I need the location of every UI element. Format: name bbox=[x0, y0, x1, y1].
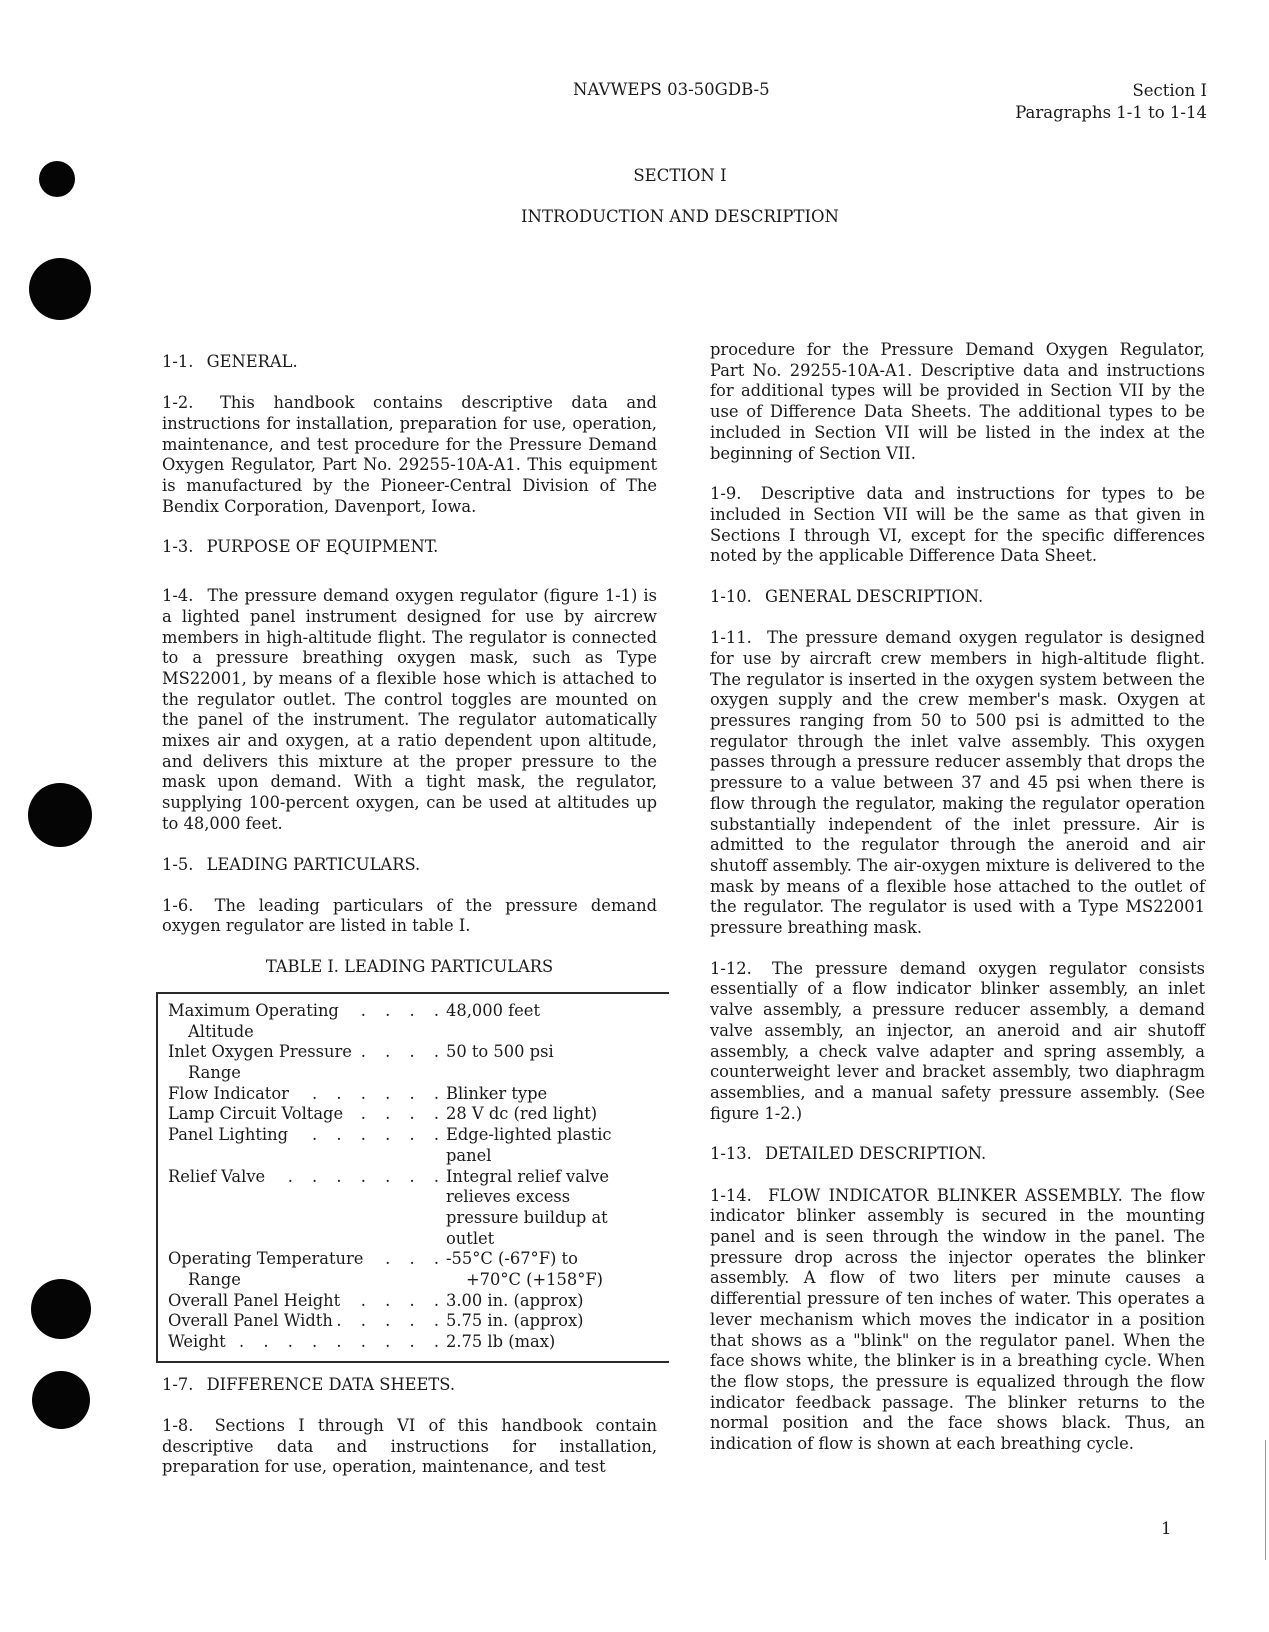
document-number: NAVWEPS 03-50GDB-5 bbox=[573, 80, 770, 99]
table-row-label: Overall Panel Width. . . . . . . . . . .… bbox=[168, 1311, 446, 1332]
table-row-value: Edge-lighted plastic bbox=[446, 1125, 669, 1146]
table-row-value: relieves excess bbox=[446, 1187, 669, 1208]
table-row-continuation: pressure buildup at bbox=[168, 1208, 669, 1229]
table-row-continuation: relieves excess bbox=[168, 1187, 669, 1208]
table-row-continuation: Altitude bbox=[168, 1022, 669, 1043]
binder-hole-icon bbox=[28, 783, 92, 847]
table-row: Overall Panel Height. . . . . . . . . . … bbox=[168, 1291, 669, 1312]
heading-1-7: 1-7. DIFFERENCE DATA SHEETS. bbox=[162, 1375, 657, 1396]
table-row-value bbox=[466, 1022, 669, 1043]
paragraph-1-12: 1-12. The pressure demand oxygen regulat… bbox=[710, 959, 1205, 1125]
section-subtitle: INTRODUCTION AND DESCRIPTION bbox=[0, 207, 1269, 226]
leading-particulars-table: Maximum Operating. . . . . . . . . . . .… bbox=[156, 992, 669, 1363]
table-title: TABLE I. LEADING PARTICULARS bbox=[162, 957, 657, 978]
binder-hole-icon bbox=[29, 258, 91, 320]
paragraph-1-9: 1-9. Descriptive data and instructions f… bbox=[710, 484, 1205, 567]
page-number: 1 bbox=[1161, 1519, 1172, 1538]
paragraph-1-2: 1-2. This handbook contains descriptive … bbox=[162, 393, 657, 517]
heading-1-10: 1-10. GENERAL DESCRIPTION. bbox=[710, 587, 1205, 608]
table-row-value: 48,000 feet bbox=[446, 1001, 669, 1022]
table-row-label: Inlet Oxygen Pressure. . . . . . . . . .… bbox=[168, 1042, 446, 1063]
heading-1-3: 1-3. PURPOSE OF EQUIPMENT. bbox=[162, 537, 657, 558]
table-row-label: Lamp Circuit Voltage. . . . . . . . . . … bbox=[168, 1104, 446, 1125]
table-row: Overall Panel Width. . . . . . . . . . .… bbox=[168, 1311, 669, 1332]
table-row-value: panel bbox=[446, 1146, 669, 1167]
table-row: Relief Valve. . . . . . . . . . . . . . … bbox=[168, 1167, 669, 1188]
paragraph-range: Paragraphs 1-1 to 1-14 bbox=[1015, 102, 1207, 124]
table-row-value bbox=[466, 1063, 669, 1084]
binder-hole-icon bbox=[31, 1279, 91, 1339]
table-row-continuation: panel bbox=[168, 1146, 669, 1167]
table-row-value: pressure buildup at bbox=[446, 1208, 669, 1229]
heading-1-13: 1-13. DETAILED DESCRIPTION. bbox=[710, 1144, 1205, 1165]
table-row-value: 3.00 in. (approx) bbox=[446, 1291, 669, 1312]
table-row-continuation: Range bbox=[168, 1063, 669, 1084]
table-row-label-continuation: Altitude bbox=[168, 1022, 466, 1043]
table-row-continuation: Range+70°C (+158°F) bbox=[168, 1270, 669, 1291]
binder-hole-icon bbox=[32, 1371, 90, 1429]
paragraph-1-8-continued: procedure for the Pressure Demand Oxygen… bbox=[710, 340, 1205, 464]
left-column: 1-1. GENERAL. 1-2. This handbook contain… bbox=[162, 352, 657, 1498]
table-row-label: Overall Panel Height. . . . . . . . . . … bbox=[168, 1291, 446, 1312]
table-row-label-continuation: Range bbox=[168, 1063, 466, 1084]
section-reference: Section I Paragraphs 1-1 to 1-14 bbox=[1015, 80, 1207, 124]
table-row-value: Blinker type bbox=[446, 1084, 669, 1105]
table-row-label: Weight. . . . . . . . . . . . . . . . . bbox=[168, 1332, 446, 1353]
table-row-value: 28 V dc (red light) bbox=[446, 1104, 669, 1125]
table-row-value: Integral relief valve bbox=[446, 1167, 669, 1188]
table-row: Flow Indicator. . . . . . . . . . . . . … bbox=[168, 1084, 669, 1105]
table-row: Inlet Oxygen Pressure. . . . . . . . . .… bbox=[168, 1042, 669, 1063]
paragraph-1-14: 1-14. FLOW INDICATOR BLINKER ASSEMBLY. T… bbox=[710, 1186, 1205, 1455]
paragraph-1-8: 1-8. Sections I through VI of this handb… bbox=[162, 1416, 657, 1478]
table-row-label: Flow Indicator. . . . . . . . . . . . . … bbox=[168, 1084, 446, 1105]
table-row: Lamp Circuit Voltage. . . . . . . . . . … bbox=[168, 1104, 669, 1125]
table-row: Operating Temperature. . . . . . . . . .… bbox=[168, 1249, 669, 1270]
table-row-label: Panel Lighting. . . . . . . . . . . . . … bbox=[168, 1125, 446, 1146]
paragraph-1-11: 1-11. The pressure demand oxygen regulat… bbox=[710, 628, 1205, 939]
table-row-value: -55°C (-67°F) to bbox=[446, 1249, 669, 1270]
table-row-label-continuation: Range bbox=[168, 1270, 466, 1291]
table-row-label: Operating Temperature. . . . . . . . . .… bbox=[168, 1249, 446, 1270]
table-row-value: 2.75 lb (max) bbox=[446, 1332, 669, 1353]
table-row: Weight. . . . . . . . . . . . . . . . .2… bbox=[168, 1332, 669, 1353]
table-row-value: 50 to 500 psi bbox=[446, 1042, 669, 1063]
table-row-value: 5.75 in. (approx) bbox=[446, 1311, 669, 1332]
table-row-continuation: outlet bbox=[168, 1229, 669, 1250]
page-edge-line bbox=[1265, 1440, 1266, 1560]
table-row-value: +70°C (+158°F) bbox=[466, 1270, 669, 1291]
paragraph-1-4: 1-4. The pressure demand oxygen regulato… bbox=[162, 586, 657, 834]
table-row-label: Maximum Operating. . . . . . . . . . . .… bbox=[168, 1001, 446, 1022]
section-ref-label: Section I bbox=[1015, 80, 1207, 102]
table-row-label: Relief Valve. . . . . . . . . . . . . . … bbox=[168, 1167, 446, 1188]
right-column: procedure for the Pressure Demand Oxygen… bbox=[710, 352, 1205, 1475]
paragraph-1-6: 1-6. The leading particulars of the pres… bbox=[162, 896, 657, 937]
table-row: Panel Lighting. . . . . . . . . . . . . … bbox=[168, 1125, 669, 1146]
heading-1-1: 1-1. GENERAL. bbox=[162, 352, 657, 373]
section-title: SECTION I bbox=[0, 166, 1269, 185]
heading-1-5: 1-5. LEADING PARTICULARS. bbox=[162, 855, 657, 876]
table-row-value: outlet bbox=[446, 1229, 669, 1250]
table-row: Maximum Operating. . . . . . . . . . . .… bbox=[168, 1001, 669, 1022]
